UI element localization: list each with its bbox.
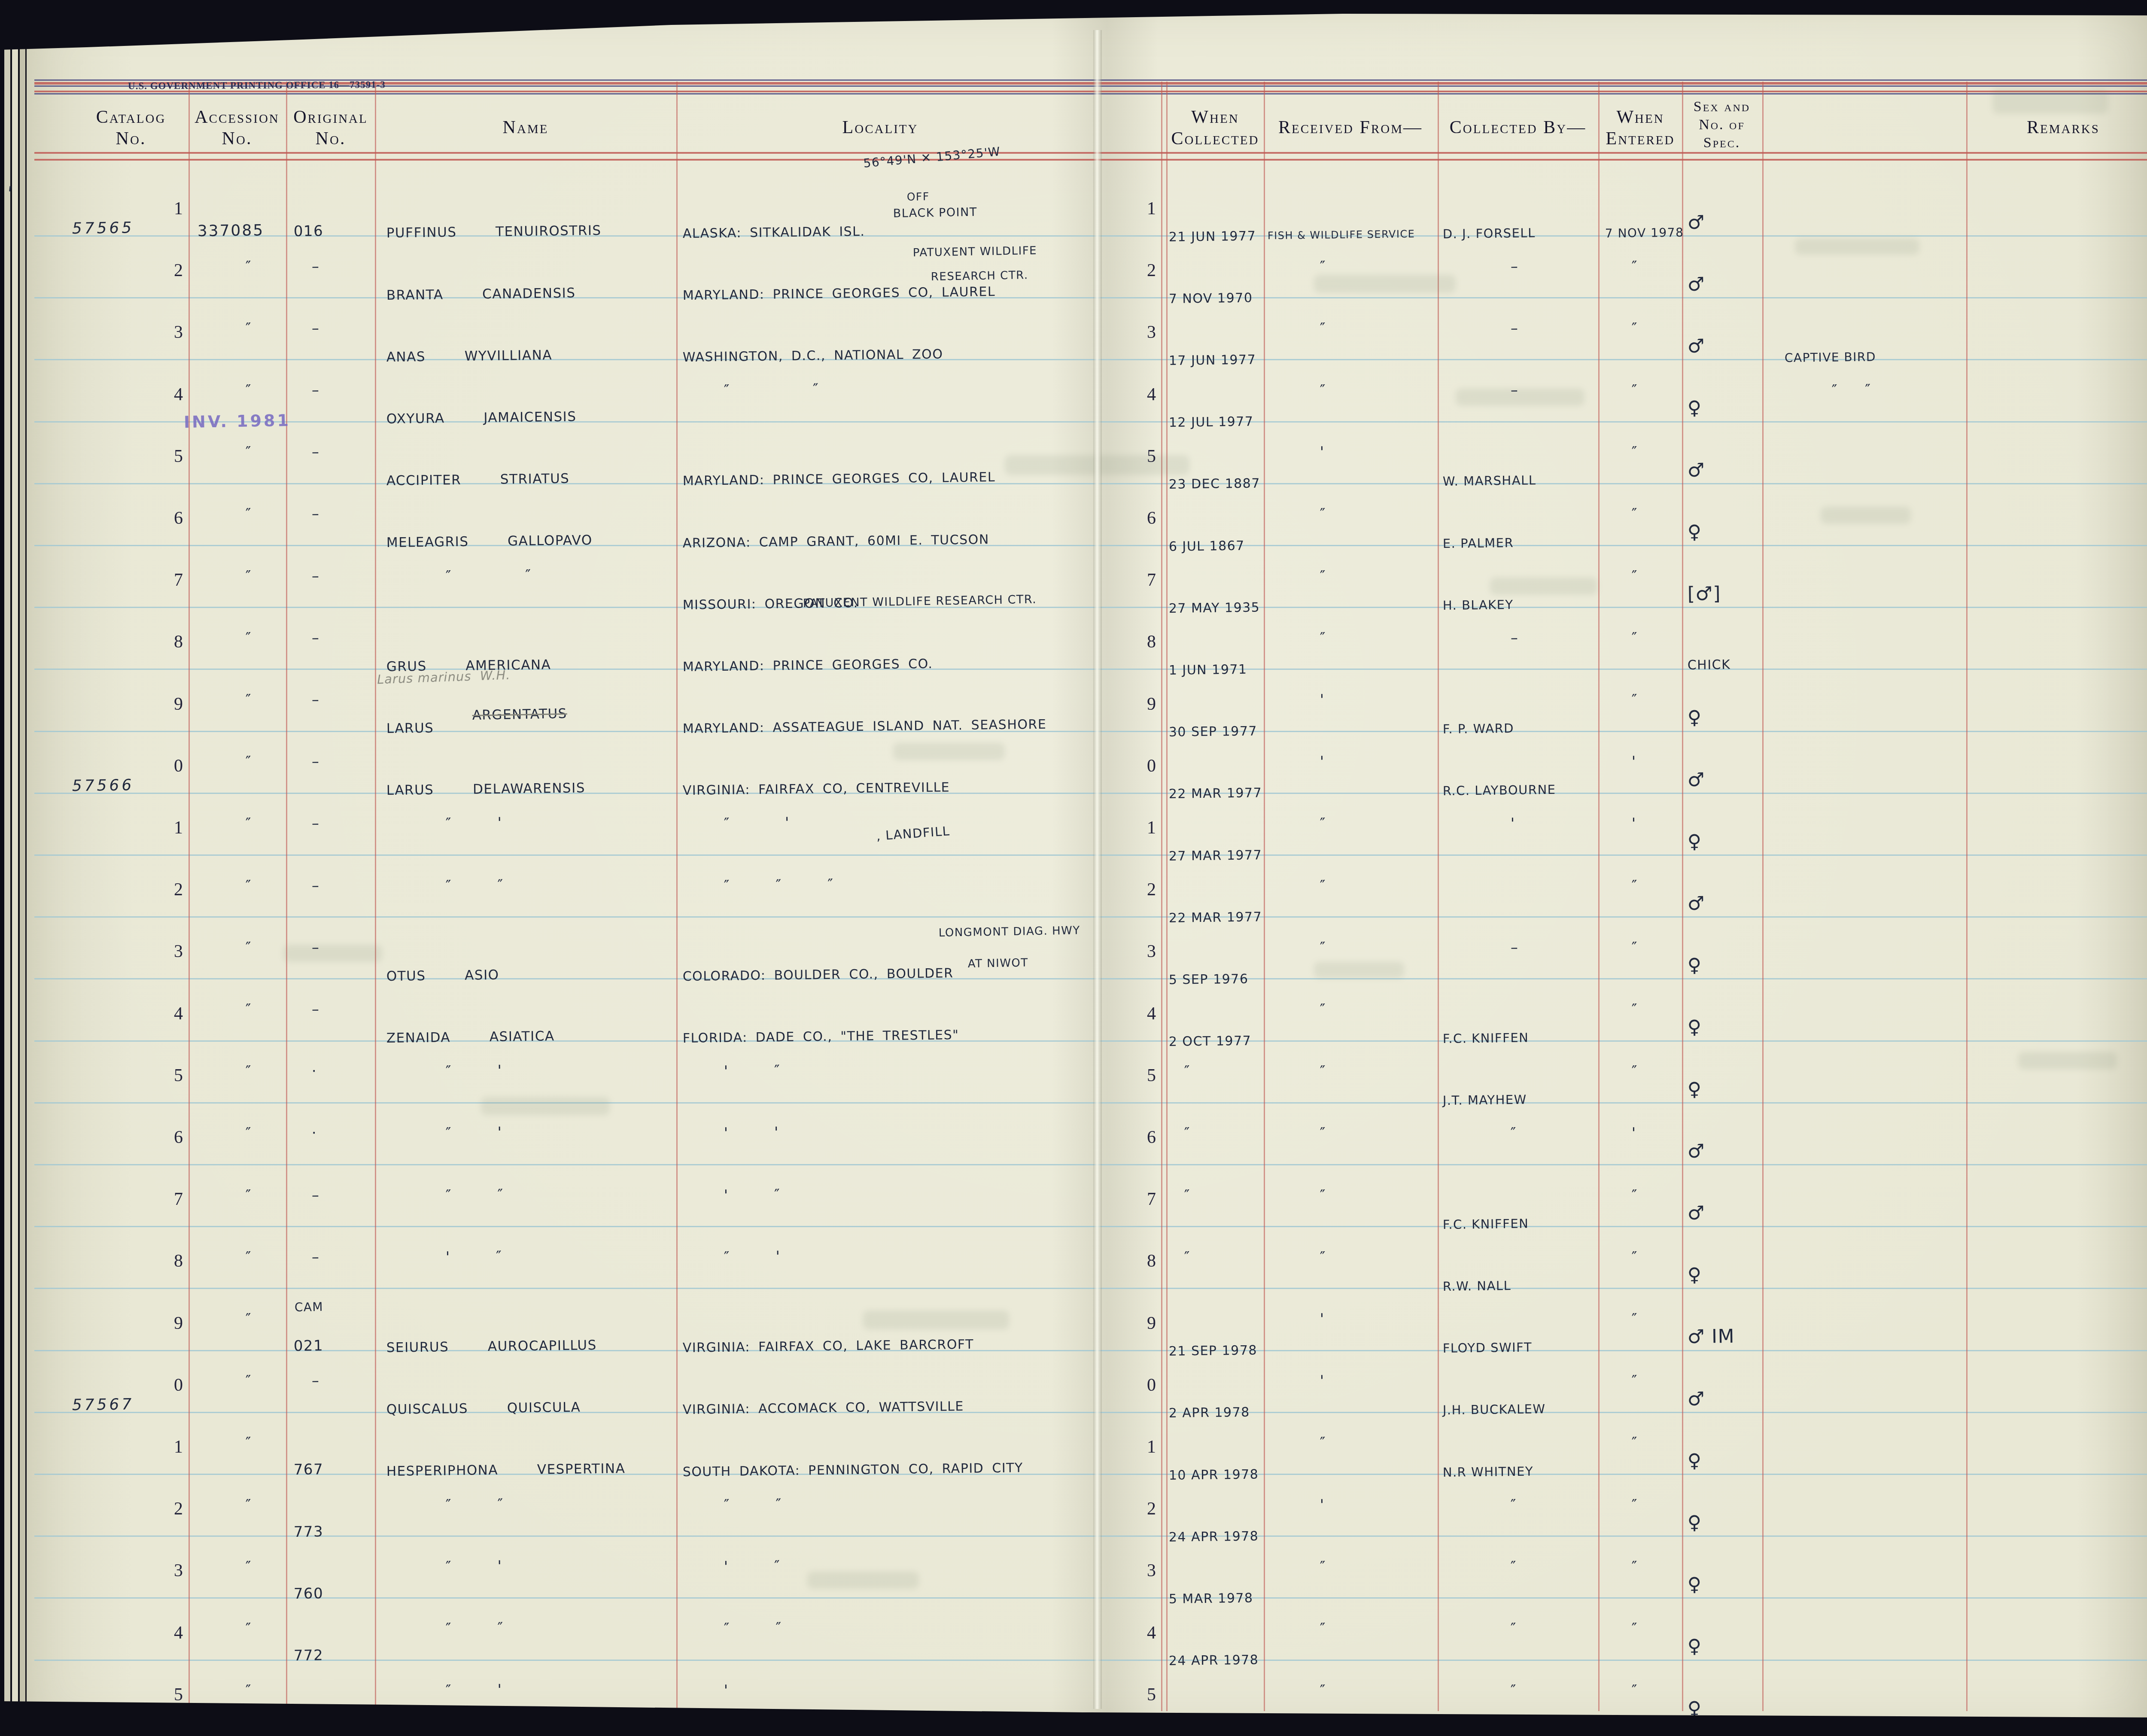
cell-ent: ″ (1632, 631, 1637, 646)
cell-recd: Fish & Wildlife Service (1268, 229, 1415, 241)
cell-n: 7 (164, 571, 183, 590)
rule-line-red (1166, 82, 1168, 1711)
cell-coll: ″ (1511, 1683, 1516, 1699)
cell-line-number-right: 1 (1135, 199, 1156, 218)
cell-cat: 57565 (72, 220, 134, 237)
column-header-collected_by: Collected By— (1450, 117, 1586, 138)
cell-loc: ' (724, 1683, 728, 1699)
cell-name: Puffinus tenuirostris (386, 224, 602, 240)
cell-acc: ″ (246, 940, 251, 956)
cell-recd: ″ (1320, 631, 1326, 646)
printer-imprint: U.S. GOVERNMENT PRINTING OFFICE 16—73591… (128, 79, 386, 91)
column-header-accession: Accession No. (195, 106, 280, 149)
cell-orig: · (312, 1064, 316, 1079)
cell-line-number-right: 0 (1135, 757, 1156, 775)
cell-when: 24 Apr 1978 (1169, 1654, 1259, 1668)
rule-line-blue (34, 1660, 2147, 1661)
cell-sex: ♀ (1687, 398, 1702, 419)
cell-loc: Maryland: Prince Georges Co, Laurel (683, 285, 996, 302)
cell-loc: ″ ″ (724, 1497, 782, 1513)
cell-ent: ″ (1632, 1250, 1637, 1265)
cell-name: ″ ' (446, 1559, 502, 1575)
column-header-original: Original No. (293, 106, 368, 149)
cell-orig: – (312, 445, 319, 460)
ink-annotation: Patuxent Wildlife (913, 245, 1037, 259)
cell-recd: ″ (1320, 1621, 1326, 1637)
cell-name: Quiscalus quiscula (386, 1401, 581, 1417)
cell-coll: F.C. Kniffen (1443, 1031, 1529, 1046)
cell-ent: ″ (1632, 1064, 1637, 1079)
rule-line-red (1264, 82, 1265, 1711)
rule-line-blue (34, 235, 2147, 237)
rule-line-blue (34, 421, 2147, 423)
cell-name: ″ ' (446, 1125, 502, 1141)
show-through-smudge (481, 1097, 610, 1115)
column-header-remarks: Remarks (2027, 117, 2100, 138)
cell-sex: ♂ (1687, 894, 1705, 914)
cell-line-number-right: 4 (1135, 1624, 1156, 1642)
cell-when: 22 Mar 1977 (1169, 910, 1262, 925)
cell-n: 3 (164, 323, 183, 342)
rule-line-blue (34, 1040, 2147, 1042)
cell-acc: ″ (246, 1374, 251, 1389)
cell-cat: 57567 (72, 1396, 134, 1414)
rule-line-red (1682, 82, 1683, 1711)
cell-name: Branta canadensis (386, 286, 576, 302)
cell-n: 8 (164, 632, 183, 651)
cell-rem: Captive Bird (1785, 350, 1876, 364)
cell-orig: 772 (294, 1648, 324, 1664)
cell-line-number-right: 3 (1135, 1561, 1156, 1580)
cell-coll: Floyd Swift (1443, 1341, 1533, 1355)
rule-line-blue (34, 483, 2147, 484)
cell-acc: ″ (246, 259, 251, 274)
cell-n: 9 (164, 695, 183, 714)
cell-recd: ' (1320, 1374, 1324, 1389)
cell-orig: 767 (294, 1462, 324, 1478)
column-header-when_entered: When Entered (1606, 106, 1675, 149)
cell-n: 6 (164, 509, 183, 528)
show-through-smudge (1490, 578, 1597, 595)
cell-name: ″ ″ (446, 568, 531, 584)
cell-sex: ♂ (1687, 1204, 1705, 1224)
page-edge-strip (12, 26, 18, 1713)
cell-loc: ' ″ (724, 1187, 780, 1203)
cell-acc: ″ (246, 816, 251, 832)
cell-sex: ♀ (1687, 1575, 1702, 1595)
cell-coll: F. P. Ward (1443, 722, 1514, 736)
cell-when: 10 Apr 1978 (1169, 1468, 1259, 1482)
cell-loc: ″ ' (724, 815, 789, 832)
cell-coll: – (1511, 383, 1518, 398)
cell-recd: ″ (1320, 321, 1326, 337)
cell-n: 2 (164, 880, 183, 899)
cell-orig: – (312, 693, 319, 708)
cell-loc: ' ″ (724, 1064, 780, 1079)
cell-orig: – (312, 816, 319, 832)
cell-orig: – (312, 754, 319, 770)
cell-line-number-right: 0 (1135, 1376, 1156, 1395)
cell-sex: ♀ (1687, 522, 1702, 542)
cell-line-number-right: 6 (1135, 509, 1156, 528)
rule-line-red (1598, 82, 1600, 1711)
cell-ent: ' (1632, 754, 1636, 770)
cell-name: Meleagris gallopavo (386, 534, 593, 550)
cell-sex: ♂ (1687, 1141, 1705, 1161)
show-through-smudge (283, 945, 382, 962)
cell-loc: Washington, D.C., National Zoo (683, 347, 943, 364)
rule-line-blue (34, 1597, 2147, 1599)
cell-n: 2 (164, 1499, 183, 1518)
cell-line-number-right: 1 (1135, 1438, 1156, 1456)
rule-band-horizontal (34, 93, 2147, 94)
cell-name: Seiurus aurocapillus (386, 1338, 597, 1355)
cell-line-number-right: 6 (1135, 1128, 1156, 1147)
cell-loc: Alaska: Sitkalidak Isl. (683, 225, 865, 240)
cell-name: ″ ' (446, 816, 502, 832)
cell-n: 5 (164, 447, 183, 466)
cell-sex: ♀ (1687, 1637, 1702, 1657)
cell-recd: ″ (1320, 1064, 1326, 1079)
rule-line-blue (34, 854, 2147, 856)
cell-orig: – (312, 878, 319, 894)
rule-line-blue (34, 731, 2147, 732)
cell-sex: ♂ im (1687, 1327, 1735, 1347)
cell-name: Oxyura jamaicensis (386, 410, 577, 426)
cell-recd: ″ (1320, 383, 1326, 398)
cell-sex: ♂ (1687, 213, 1705, 233)
cell-when: 24 Apr 1978 (1169, 1529, 1259, 1544)
cell-orig: – (312, 940, 319, 956)
cell-line-number-right: 3 (1135, 942, 1156, 961)
cell-coll: H. Blakey (1443, 598, 1514, 612)
cell-when: ″ (1184, 1126, 1190, 1141)
rule-line-blue (34, 916, 2147, 918)
cell-line-number-right: 2 (1135, 261, 1156, 280)
cell-coll: – (1511, 940, 1518, 956)
cell-name: ' ″ (446, 1249, 502, 1265)
cell-when: 21 Sep 1978 (1169, 1344, 1258, 1359)
cell-orig: – (312, 631, 319, 646)
column-header-when_collected: When Collected (1171, 106, 1259, 149)
cell-ent: 7 Nov 1978 (1605, 226, 1684, 240)
cell-when: 30 Sep 1977 (1169, 725, 1258, 739)
cell-name: ″ ″ (446, 1620, 503, 1636)
cell-loc: Maryland: Prince Georges Co. (683, 657, 933, 674)
cell-orig: – (312, 1188, 319, 1203)
cell-line-number-right: 9 (1135, 695, 1156, 714)
cell-ent: ″ (1632, 1683, 1637, 1699)
cell-line-number-right: 8 (1135, 1252, 1156, 1271)
cell-sex: ♀ (1687, 1265, 1702, 1286)
cell-recd: ″ (1320, 507, 1326, 522)
cell-n: 3 (164, 1561, 183, 1580)
column-header-locality: Locality (842, 117, 918, 138)
rule-line-blue (34, 1474, 2147, 1475)
rule-line-blue (34, 545, 2147, 546)
cell-name: Zenaida asiatica (386, 1029, 555, 1045)
cell-line-number-right: 4 (1135, 1004, 1156, 1023)
cell-acc: ″ (246, 1250, 251, 1265)
ledger-scan: U.S. GOVERNMENT PRINTING OFFICE 16—73591… (0, 0, 2147, 1736)
cell-sex: ♀ (1687, 708, 1702, 728)
cell-recd: ″ (1320, 569, 1326, 584)
cell-orig: 016 (294, 224, 324, 240)
cell-orig: 773 (294, 1524, 324, 1540)
ink-annotation: off (907, 191, 930, 203)
cell-loc: ' ″ (724, 1559, 780, 1575)
ink-annotation: Longmont Diag. Hwy (939, 925, 1080, 939)
cell-name: Hesperiphona vespertina (386, 1462, 626, 1479)
cell-orig: – (312, 383, 319, 398)
cell-n: 2 (164, 261, 183, 280)
cell-loc: ″ ″ (724, 382, 818, 398)
rule-line-blue (34, 1102, 2147, 1104)
cell-coll: F.C. Kniffen (1443, 1217, 1529, 1231)
cell-n: 8 (164, 1252, 183, 1271)
cell-acc: ″ (246, 878, 251, 894)
cell-recd: ' (1320, 1497, 1324, 1513)
cell-recd: ' (1320, 1312, 1324, 1327)
column-header-name: Name (503, 117, 549, 138)
cell-n: 4 (164, 1624, 183, 1642)
cell-recd: ″ (1320, 1188, 1326, 1203)
cell-n: 1 (164, 199, 183, 218)
cell-n: 4 (164, 1004, 183, 1023)
cell-loc: Florida: Dade Co., "The Trestles" (683, 1028, 959, 1045)
cell-line-number-right: 2 (1135, 1499, 1156, 1518)
cell-ent: ″ (1632, 507, 1637, 522)
cell-sex: ♀ (1687, 1513, 1702, 1533)
cell-n: 3 (164, 942, 183, 961)
cell-acc: ″ (246, 631, 251, 646)
cell-orig: – (312, 507, 319, 522)
cell-acc: ″ (246, 507, 251, 522)
cell-orig: – (312, 569, 319, 584)
ink-annotation: at Niwot (968, 958, 1029, 970)
cell-cat: 57566 (72, 777, 134, 794)
cell-loc: Virginia: Accomack Co, Wattsville (683, 1400, 964, 1417)
show-through-smudge (2018, 1052, 2117, 1069)
cell-recd: ″ (1320, 1560, 1326, 1575)
cell-when: 17 Jun 1977 (1169, 353, 1256, 368)
cell-acc: ″ (246, 1064, 251, 1079)
cell-when: 22 Mar 1977 (1169, 787, 1262, 801)
cell-loc: ″ ″ ″ (724, 877, 833, 894)
ink-annotation: Argentatus (472, 707, 567, 722)
cell-acc: ″ (246, 321, 251, 337)
rule-line-red (1966, 82, 1968, 1711)
cell-coll: ' (1511, 816, 1515, 832)
show-through-smudge (1314, 275, 1456, 293)
cell-ent: ' (1632, 1126, 1636, 1141)
cell-loc: Virginia: Fairfax Co, Lake Barcroft (683, 1338, 974, 1355)
cell-coll: N.R Whitney (1443, 1465, 1534, 1479)
cell-recd: ' (1320, 445, 1324, 460)
cell-loc: Arizona: Camp Grant, 60mi E. Tucson (683, 533, 989, 550)
rule-line-blue (34, 607, 2147, 608)
cell-line-number-right: 7 (1135, 571, 1156, 590)
cell-line-number-right: 2 (1135, 880, 1156, 899)
cell-recd: ' (1320, 754, 1324, 770)
rule-band-horizontal (34, 159, 2147, 161)
cell-coll: R.C. Laybourne (1443, 783, 1556, 798)
cell-loc: ″ ' (724, 1249, 780, 1265)
cell-name: ″ ' (446, 1683, 502, 1699)
cell-n: 1 (164, 1438, 183, 1456)
cell-orig: 760 (294, 1586, 324, 1602)
cell-name: Accipiter striatus (386, 472, 570, 488)
cell-ent: ″ (1632, 693, 1637, 708)
cell-recd: ″ (1320, 1002, 1326, 1018)
cell-name: Otus asio (386, 968, 499, 984)
ink-annotation: CAM (294, 1301, 323, 1314)
cell-line-number-right: 5 (1135, 1685, 1156, 1704)
cell-line-number-right: 5 (1135, 447, 1156, 466)
cell-name: ″ ' (446, 1064, 502, 1079)
cell-loc: Colorado: Boulder Co., Boulder (683, 967, 954, 983)
cell-acc: ″ (246, 693, 251, 708)
cell-acc: ″ (246, 1126, 251, 1141)
cell-n: 5 (164, 1685, 183, 1704)
cell-acc: ″ (246, 569, 251, 584)
cell-line-number-right: 5 (1135, 1066, 1156, 1085)
inventory-stamp: INV. 1981 (184, 412, 291, 431)
cell-line-number-right: 9 (1135, 1314, 1156, 1333)
cell-n: 6 (164, 1128, 183, 1147)
cell-n: 1 (164, 818, 183, 837)
cell-coll: ″ (1511, 1126, 1516, 1141)
cell-orig: – (312, 259, 319, 274)
cell-ent: ' (1632, 816, 1636, 832)
cell-ent: ″ (1632, 1497, 1637, 1513)
cell-coll: R.W. Nall (1443, 1279, 1511, 1293)
cell-acc: ″ (246, 1188, 251, 1203)
cell-recd: ″ (1320, 1435, 1326, 1451)
cell-recd: ″ (1320, 259, 1326, 274)
show-through-smudge (893, 743, 1005, 760)
cell-sex: ♀ (1687, 832, 1702, 852)
rule-line-red (286, 82, 287, 1711)
rule-band-horizontal (34, 152, 2147, 154)
show-through-smudge (1821, 507, 1911, 524)
column-header-sex: Sex and No. of Spec. (1694, 98, 1750, 152)
column-header-catalog: Catalog No. (96, 106, 166, 149)
column-header-received_from: Received From— (1278, 117, 1423, 138)
cell-sex: ♀ (1687, 1079, 1702, 1100)
cell-sex: [♂] (1687, 584, 1721, 604)
cell-recd: ″ (1320, 1126, 1326, 1141)
cell-when: ″ (1184, 1064, 1190, 1079)
cell-when: 27 Mar 1977 (1169, 848, 1262, 863)
rule-line-blue (34, 1288, 2147, 1289)
cell-n: 0 (164, 1376, 183, 1395)
cell-acc: ″ (246, 445, 251, 460)
cell-line-number-right: 3 (1135, 323, 1156, 342)
cell-sex: ♂ (1687, 1389, 1705, 1409)
cell-when: 2 Apr 1978 (1169, 1406, 1250, 1420)
cell-when: 5 Sep 1976 (1169, 973, 1249, 987)
cell-when: 1 Jun 1971 (1169, 663, 1247, 678)
cell-ent: ″ (1632, 940, 1637, 956)
show-through-smudge (1992, 88, 2108, 114)
cell-line-number-right: 1 (1135, 818, 1156, 837)
cell-ent: ″ (1632, 383, 1637, 398)
cell-sex: ♀ (1687, 956, 1702, 976)
cell-ent: ″ (1632, 445, 1637, 460)
cell-loc: ' ' (724, 1125, 779, 1141)
show-through-smudge (1314, 962, 1404, 978)
cell-recd: ″ (1320, 940, 1326, 956)
cell-when: 7 Nov 1970 (1169, 291, 1253, 306)
cell-ent: ″ (1632, 1560, 1637, 1575)
show-through-smudge (1456, 389, 1584, 406)
show-through-smudge (863, 1310, 1009, 1329)
cell-line-number-right: 4 (1135, 385, 1156, 404)
cell-when: 12 Jul 1977 (1169, 415, 1254, 430)
cell-when: 27 May 1935 (1169, 601, 1260, 615)
cell-when: 23 Dec 1887 (1169, 477, 1260, 492)
cell-recd: ″ (1320, 816, 1326, 832)
cell-coll: W. Marshall (1443, 474, 1536, 488)
cell-coll: – (1511, 631, 1518, 646)
cell-name: ″ ″ (446, 1187, 503, 1203)
cell-coll: ″ (1511, 1560, 1516, 1575)
cell-sex: ♂ (1687, 770, 1705, 790)
cell-orig: 021 (294, 1338, 324, 1354)
rule-line-blue (34, 1535, 2147, 1537)
rule-line-red (375, 82, 376, 1711)
cell-acc: ″ (246, 1621, 251, 1637)
cell-loc: ″ ″ (724, 1620, 782, 1636)
cell-sex: ♂ (1687, 275, 1705, 295)
rule-line-blue (34, 1226, 2147, 1227)
cell-ent: ″ (1632, 569, 1637, 584)
cell-acc: ″ (246, 1497, 251, 1513)
cell-when: 21 Jun 1977 (1169, 229, 1256, 244)
cell-ent: ″ (1632, 321, 1637, 337)
rule-line-blue (34, 978, 2147, 979)
cell-when: 2 Oct 1977 (1169, 1034, 1252, 1049)
cell-ent: ″ (1632, 1435, 1637, 1451)
cell-when: ″ (1184, 1250, 1190, 1265)
cell-coll: J.H. Buckalew (1443, 1402, 1546, 1417)
cell-sex: ♂ (1687, 337, 1705, 357)
cell-orig: – (312, 321, 319, 337)
rule-line-blue (34, 1350, 2147, 1351)
cell-acc: ″ (246, 1683, 251, 1699)
cell-coll: ″ (1511, 1621, 1516, 1637)
cell-orig: – (312, 1374, 319, 1389)
ink-annotation: Black Point (893, 207, 977, 220)
show-through-smudge (1795, 238, 1919, 255)
cell-coll: – (1511, 321, 1518, 337)
cell-name: ″ ″ (446, 878, 503, 894)
cell-loc: Virginia: Fairfax Co, Centreville (683, 781, 950, 798)
cell-sex: ♀ (1687, 1451, 1702, 1471)
cell-acc: ″ (246, 1002, 251, 1018)
cell-recd: ″ (1320, 878, 1326, 894)
cell-line-number-right: 8 (1135, 632, 1156, 651)
cell-n: 7 (164, 1190, 183, 1209)
cell-ent: ″ (1632, 1188, 1637, 1203)
cell-name: Larus (386, 721, 434, 736)
rule-line-blue (34, 1164, 2147, 1165)
rule-line-red (1438, 82, 1439, 1711)
cell-sex: ♂ (1687, 460, 1705, 480)
page-edge-strip (20, 26, 25, 1713)
book-gutter (1093, 30, 1102, 1709)
